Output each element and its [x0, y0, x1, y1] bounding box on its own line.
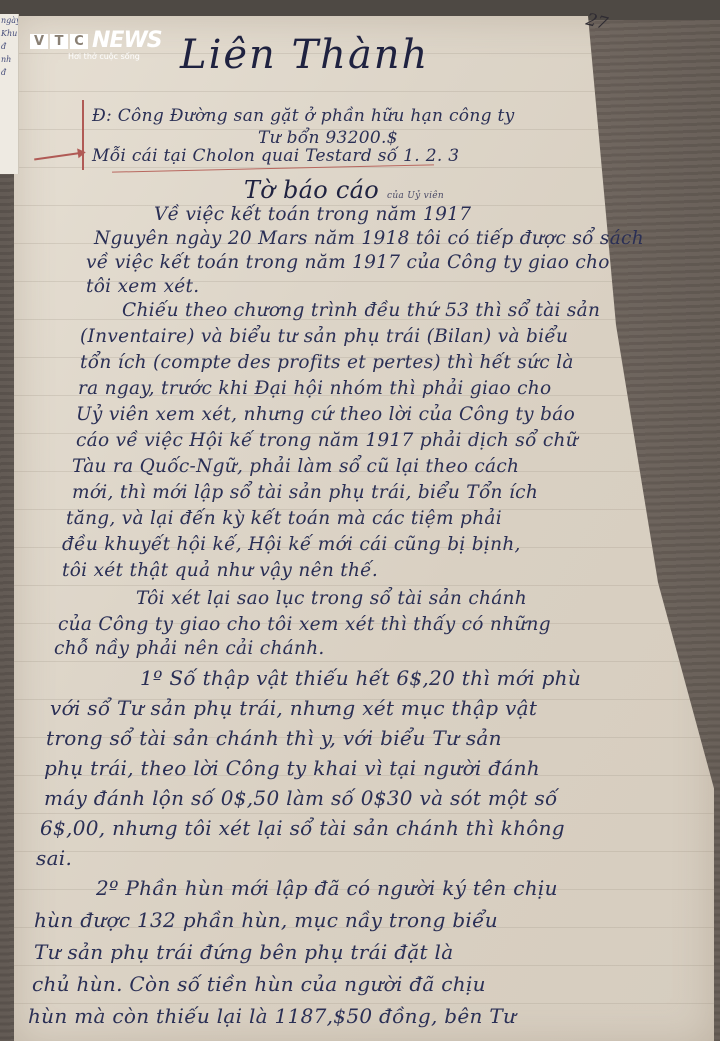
logo-letter-c: C	[70, 34, 88, 49]
body-line: Tư sản phụ trái đứng bên phụ trái đặt là	[34, 940, 453, 964]
body-line: Uỷ viên xem xét, nhưng cứ theo lời của C…	[76, 404, 575, 425]
body-line: tôi xem xét.	[86, 276, 199, 297]
body-line: tôi xét thật quả như vậy nên thế.	[62, 560, 378, 581]
logo-letter-t: T	[50, 34, 68, 49]
body-line: Tàu ra Quốc-Ngữ, phải làm sổ cũ lại theo…	[72, 456, 519, 477]
body-line: với sổ Tư sản phụ trái, nhưng xét mục th…	[50, 696, 537, 720]
body-line: mới, thì mới lập sổ tài sản phụ trái, bi…	[72, 482, 538, 503]
page-title: Liên Thành	[180, 32, 429, 78]
body-line: cáo về việc Hội kế trong năm 1917 phải d…	[76, 430, 578, 451]
red-margin-bracket	[82, 100, 84, 170]
body-line: đều khuyết hội kế, Hội kế mới cái cũng b…	[62, 534, 521, 555]
report-title-text: Tờ báo cáo	[244, 176, 379, 204]
header-note-company: Ð: Công Ðường san gặt ở phần hữu hạn côn…	[92, 106, 515, 126]
body-line: của Công ty giao cho tôi xem xét thì thấ…	[58, 614, 551, 635]
body-line: Tôi xét lại sao lục trong sổ tài sản chá…	[136, 588, 527, 609]
body-line: hùn được 132 phần hùn, mục nầy trong biể…	[34, 908, 498, 932]
logo-tagline: Hơi thở cuộc sống	[68, 52, 162, 61]
body-line: tăng, và lại đến kỳ kết toán mà các tiệm…	[66, 508, 502, 529]
body-line: chủ hùn. Còn số tiền hùn của người đã ch…	[32, 972, 486, 996]
body-line: phụ trái, theo lời Công ty khai vì tại n…	[44, 756, 540, 780]
previous-page-fragment: đ	[0, 66, 18, 79]
body-line: tổn ích (compte des profits et pertes) t…	[80, 352, 574, 373]
previous-page-fragment: Khu	[0, 27, 18, 40]
previous-page-fragment: ngày	[0, 14, 18, 27]
previous-page-fragment: đ	[0, 40, 18, 53]
body-line: trong sổ tài sản chánh thì y, với biểu T…	[46, 726, 502, 750]
body-line: về việc kết toán trong năm 1917 của Công…	[86, 252, 610, 273]
header-note-capital: Tư bổn 93200.$	[258, 128, 398, 148]
body-line: 2º Phần hùn mới lập đã có người ký tên c…	[96, 876, 558, 900]
body-line: 6$,00, nhưng tôi xét lại sổ tài sản chán…	[40, 816, 565, 840]
body-line: máy đánh lộn số 0$,50 làm số 0$30 và sót…	[44, 786, 558, 810]
report-title: Tờ báo cáo của Uỷ viên	[244, 176, 444, 204]
body-line: chỗ nầy phải nên cải chánh.	[54, 638, 325, 659]
body-line: hùn mà còn thiếu lại là 1187,$50 đồng, b…	[28, 1004, 516, 1028]
vtc-news-logo: V T C NEWS	[30, 32, 162, 50]
body-line: 1º Số thập vật thiếu hết 6$,20 thì mới p…	[140, 666, 581, 690]
body-line: Chiếu theo chương trình đều thứ 53 thì s…	[122, 300, 600, 321]
body-line: (Inventaire) và biểu tư sản phụ trái (Bi…	[80, 326, 568, 347]
report-title-suffix: của Uỷ viên	[387, 191, 444, 201]
header-note-address: Mỗi cái tại Cholon quai Testard số 1. 2.…	[92, 146, 459, 166]
previous-page-edge: ngày Khu đ nh đ	[0, 14, 19, 174]
report-subject: Về việc kết toán trong năm 1917	[154, 204, 471, 225]
body-line: sai.	[36, 846, 72, 870]
body-line: ra ngay, trước khi Ðại hội nhóm thì phải…	[78, 378, 551, 399]
body-line: Nguyên ngày 20 Mars năm 1918 tôi có tiếp…	[94, 228, 644, 249]
previous-page-fragment: nh	[0, 53, 18, 66]
logo-news-word: NEWS	[92, 32, 162, 50]
logo-letter-v: V	[30, 34, 48, 49]
vtc-news-watermark: V T C NEWS Hơi thở cuộc sống	[30, 32, 162, 61]
